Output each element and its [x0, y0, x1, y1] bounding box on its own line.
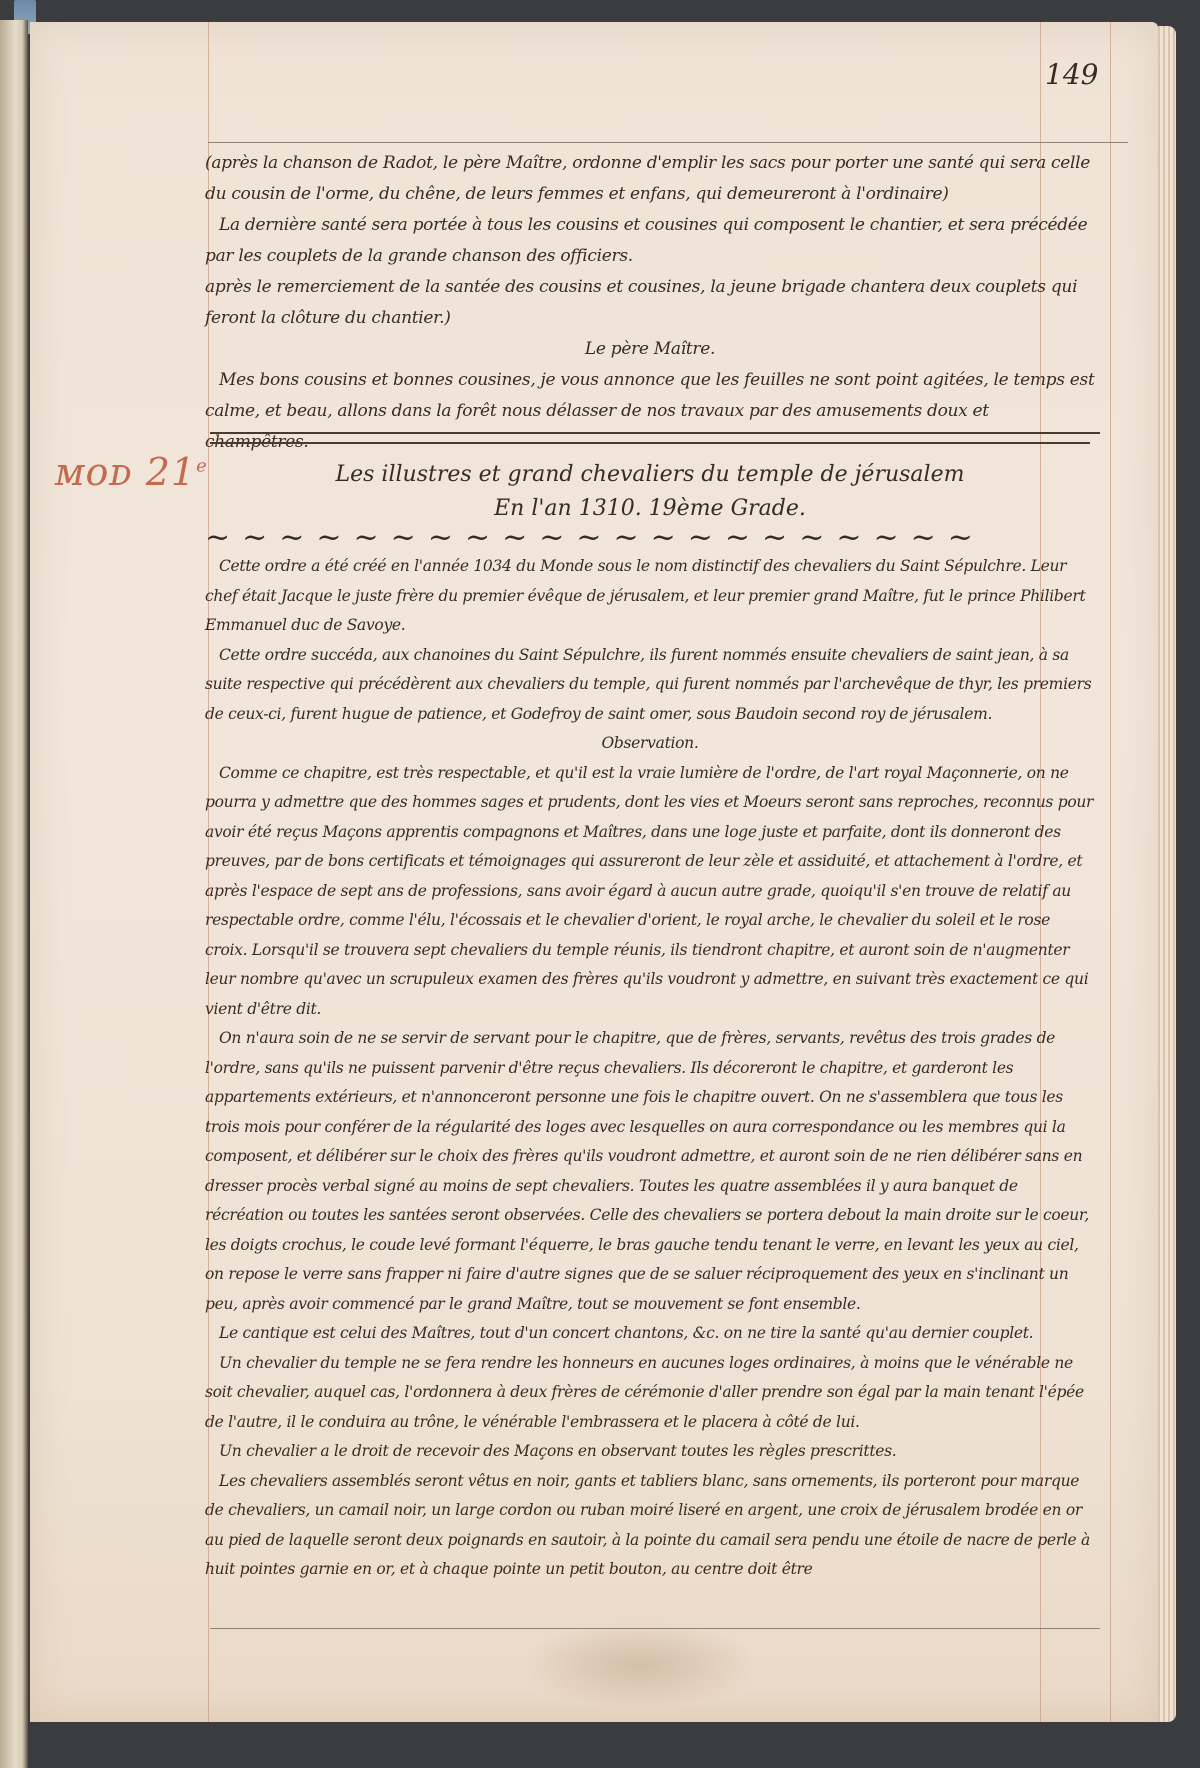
- page-edges: [1158, 26, 1176, 1722]
- page-number: 149: [1045, 58, 1098, 91]
- paragraph: Cette ordre succéda, aux chanoines du Sa…: [205, 641, 1095, 730]
- wave-ornament: ~~~~~~~~~~~~~~~~~~~~~: [205, 520, 1085, 555]
- margin-annotation: ᴍᴏᴅ 21e: [55, 450, 208, 494]
- margin-annotation-text: ᴍᴏᴅ 21: [55, 450, 196, 494]
- observation-heading: Observation.: [205, 729, 1095, 759]
- grade-title: Les illustres et grand chevaliers du tem…: [200, 458, 1100, 526]
- water-stain: [520, 1620, 760, 1710]
- paragraph: On n'aura soin de ne se servir de servan…: [205, 1024, 1095, 1319]
- header-rule: [208, 142, 1128, 143]
- paragraph: Cette ordre a été créé en l'année 1034 d…: [205, 552, 1095, 641]
- section-divider-bottom: [210, 442, 1090, 444]
- grade-title-line1: Les illustres et grand chevaliers du tem…: [200, 458, 1100, 492]
- footer-rule: [210, 1628, 1100, 1629]
- paragraph: La dernière santé sera portée à tous les…: [205, 210, 1095, 272]
- paragraph: Le cantique est celui des Maîtres, tout …: [205, 1319, 1095, 1349]
- outer-margin-rule: [1110, 22, 1111, 1722]
- paragraph: Un chevalier du temple ne se fera rendre…: [205, 1349, 1095, 1438]
- paragraph: Les chevaliers assemblés seront vêtus en…: [205, 1467, 1095, 1585]
- top-section: (après la chanson de Radot, le père Maît…: [205, 148, 1095, 458]
- speech-paragraph: Mes bons cousins et bonnes cousines, je …: [205, 365, 1095, 458]
- speaker-heading: Le père Maître.: [205, 334, 1095, 365]
- paragraph: (après la chanson de Radot, le père Maît…: [205, 148, 1095, 210]
- paragraph: Comme ce chapitre, est très respectable,…: [205, 759, 1095, 1025]
- paragraph: Un chevalier a le droit de recevoir des …: [205, 1437, 1095, 1467]
- book-spine: [0, 20, 28, 1768]
- section-divider-top: [210, 432, 1100, 434]
- grade-body: Cette ordre a été créé en l'année 1034 d…: [205, 552, 1095, 1585]
- paragraph: après le remerciement de la santée des c…: [205, 272, 1095, 334]
